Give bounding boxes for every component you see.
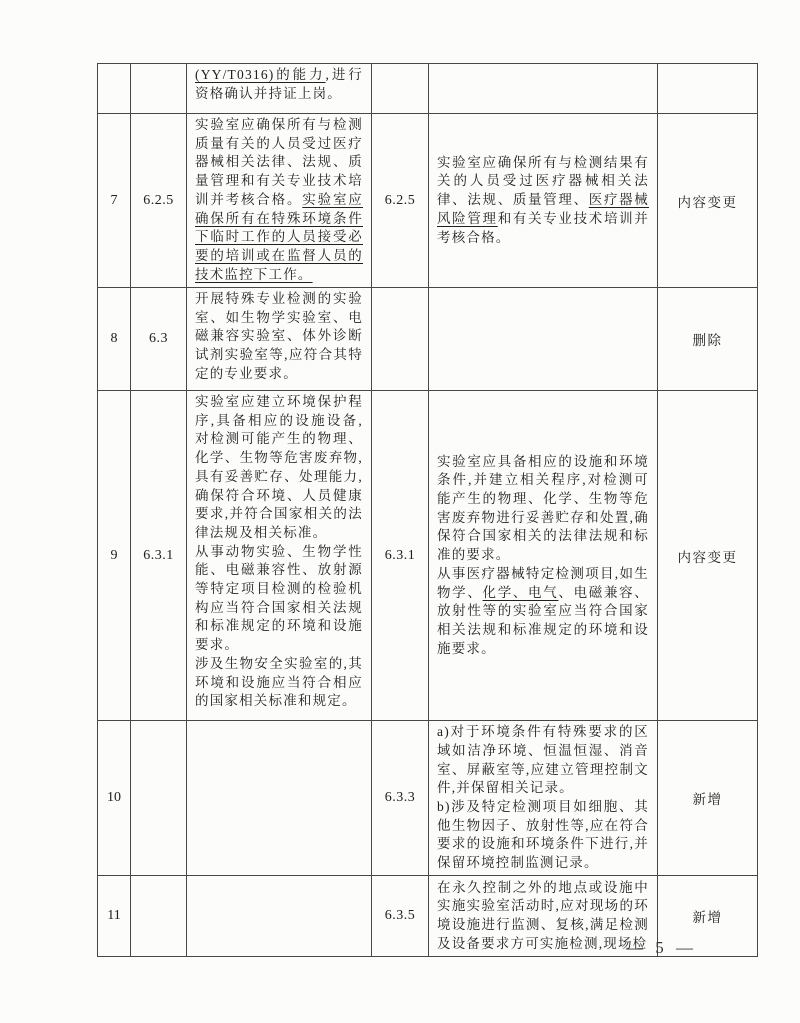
page-number: — 5 — [626,938,697,958]
old-clause-text-cell: 开展特殊专业检测的实验室、如生物学实验室、电磁兼容实验室、体外诊断试剂实验室等,… [187,288,372,391]
new-clause-text-cell: 实验室应确保所有与检测结果有关的人员受过医疗器械相关法律、法规、质量管理、医疗器… [429,114,658,288]
new-clause-number-cell: 6.3.3 [372,721,429,876]
table-row: 9 6.3.1 实验室应建立环境保护程序,具备相应的设施设备,对检测可能产生的物… [98,391,758,721]
row-number-cell: 9 [98,391,131,721]
document-page: (YY/T0316)的能力,进行资格确认并持证上岗。 7 6.2.5 实验室应确… [0,0,800,1023]
row-number-cell: 11 [98,876,131,957]
new-clause-number-cell [372,64,429,114]
old-clause-number-cell [131,876,187,957]
change-type-cell: 新增 [658,721,758,876]
old-clause-number-cell: 6.3 [131,288,187,391]
old-clause-text-cell: 实验室应建立环境保护程序,具备相应的设施设备,对检测可能产生的物理、化学、生物等… [187,391,372,721]
change-type-cell: 内容变更 [658,114,758,288]
old-clause-number-cell [131,64,187,114]
table-row: (YY/T0316)的能力,进行资格确认并持证上岗。 [98,64,758,114]
row-number-cell: 10 [98,721,131,876]
old-clause-text-cell: 实验室应确保所有与检测质量有关的人员受过医疗器械相关法律、法规、质量管理和有关专… [187,114,372,288]
table-row: 8 6.3 开展特殊专业检测的实验室、如生物学实验室、电磁兼容实验室、体外诊断试… [98,288,758,391]
new-clause-text-cell: a)对于环境条件有特殊要求的区域如洁净环境、恒温恒湿、消音室、屏蔽室等,应建立管… [429,721,658,876]
change-type-cell: 删除 [658,288,758,391]
new-clause-text-cell: 在永久控制之外的地点或设施中实施实验室活动时,应对现场的环境设施进行监测、复核,… [429,876,658,957]
table-row: 7 6.2.5 实验室应确保所有与检测质量有关的人员受过医疗器械相关法律、法规、… [98,114,758,288]
old-clause-text-cell [187,721,372,876]
old-clause-number-cell [131,721,187,876]
new-clause-number-cell [372,288,429,391]
change-type-cell [658,64,758,114]
row-number-cell [98,64,131,114]
new-clause-number-cell: 6.2.5 [372,114,429,288]
old-clause-number-cell: 6.2.5 [131,114,187,288]
new-clause-number-cell: 6.3.5 [372,876,429,957]
new-clause-number-cell: 6.3.1 [372,391,429,721]
change-type-cell: 内容变更 [658,391,758,721]
new-clause-text-cell [429,64,658,114]
old-clause-number-cell: 6.3.1 [131,391,187,721]
old-clause-text-cell [187,876,372,957]
comparison-table: (YY/T0316)的能力,进行资格确认并持证上岗。 7 6.2.5 实验室应确… [97,63,758,957]
table-row: 10 6.3.3 a)对于环境条件有特殊要求的区域如洁净环境、恒温恒湿、消音室、… [98,721,758,876]
old-clause-text-cell: (YY/T0316)的能力,进行资格确认并持证上岗。 [187,64,372,114]
new-clause-text-cell [429,288,658,391]
row-number-cell: 7 [98,114,131,288]
row-number-cell: 8 [98,288,131,391]
new-clause-text-cell: 实验室应具备相应的设施和环境条件,并建立相关程序,对检测可能产生的物理、化学、生… [429,391,658,721]
